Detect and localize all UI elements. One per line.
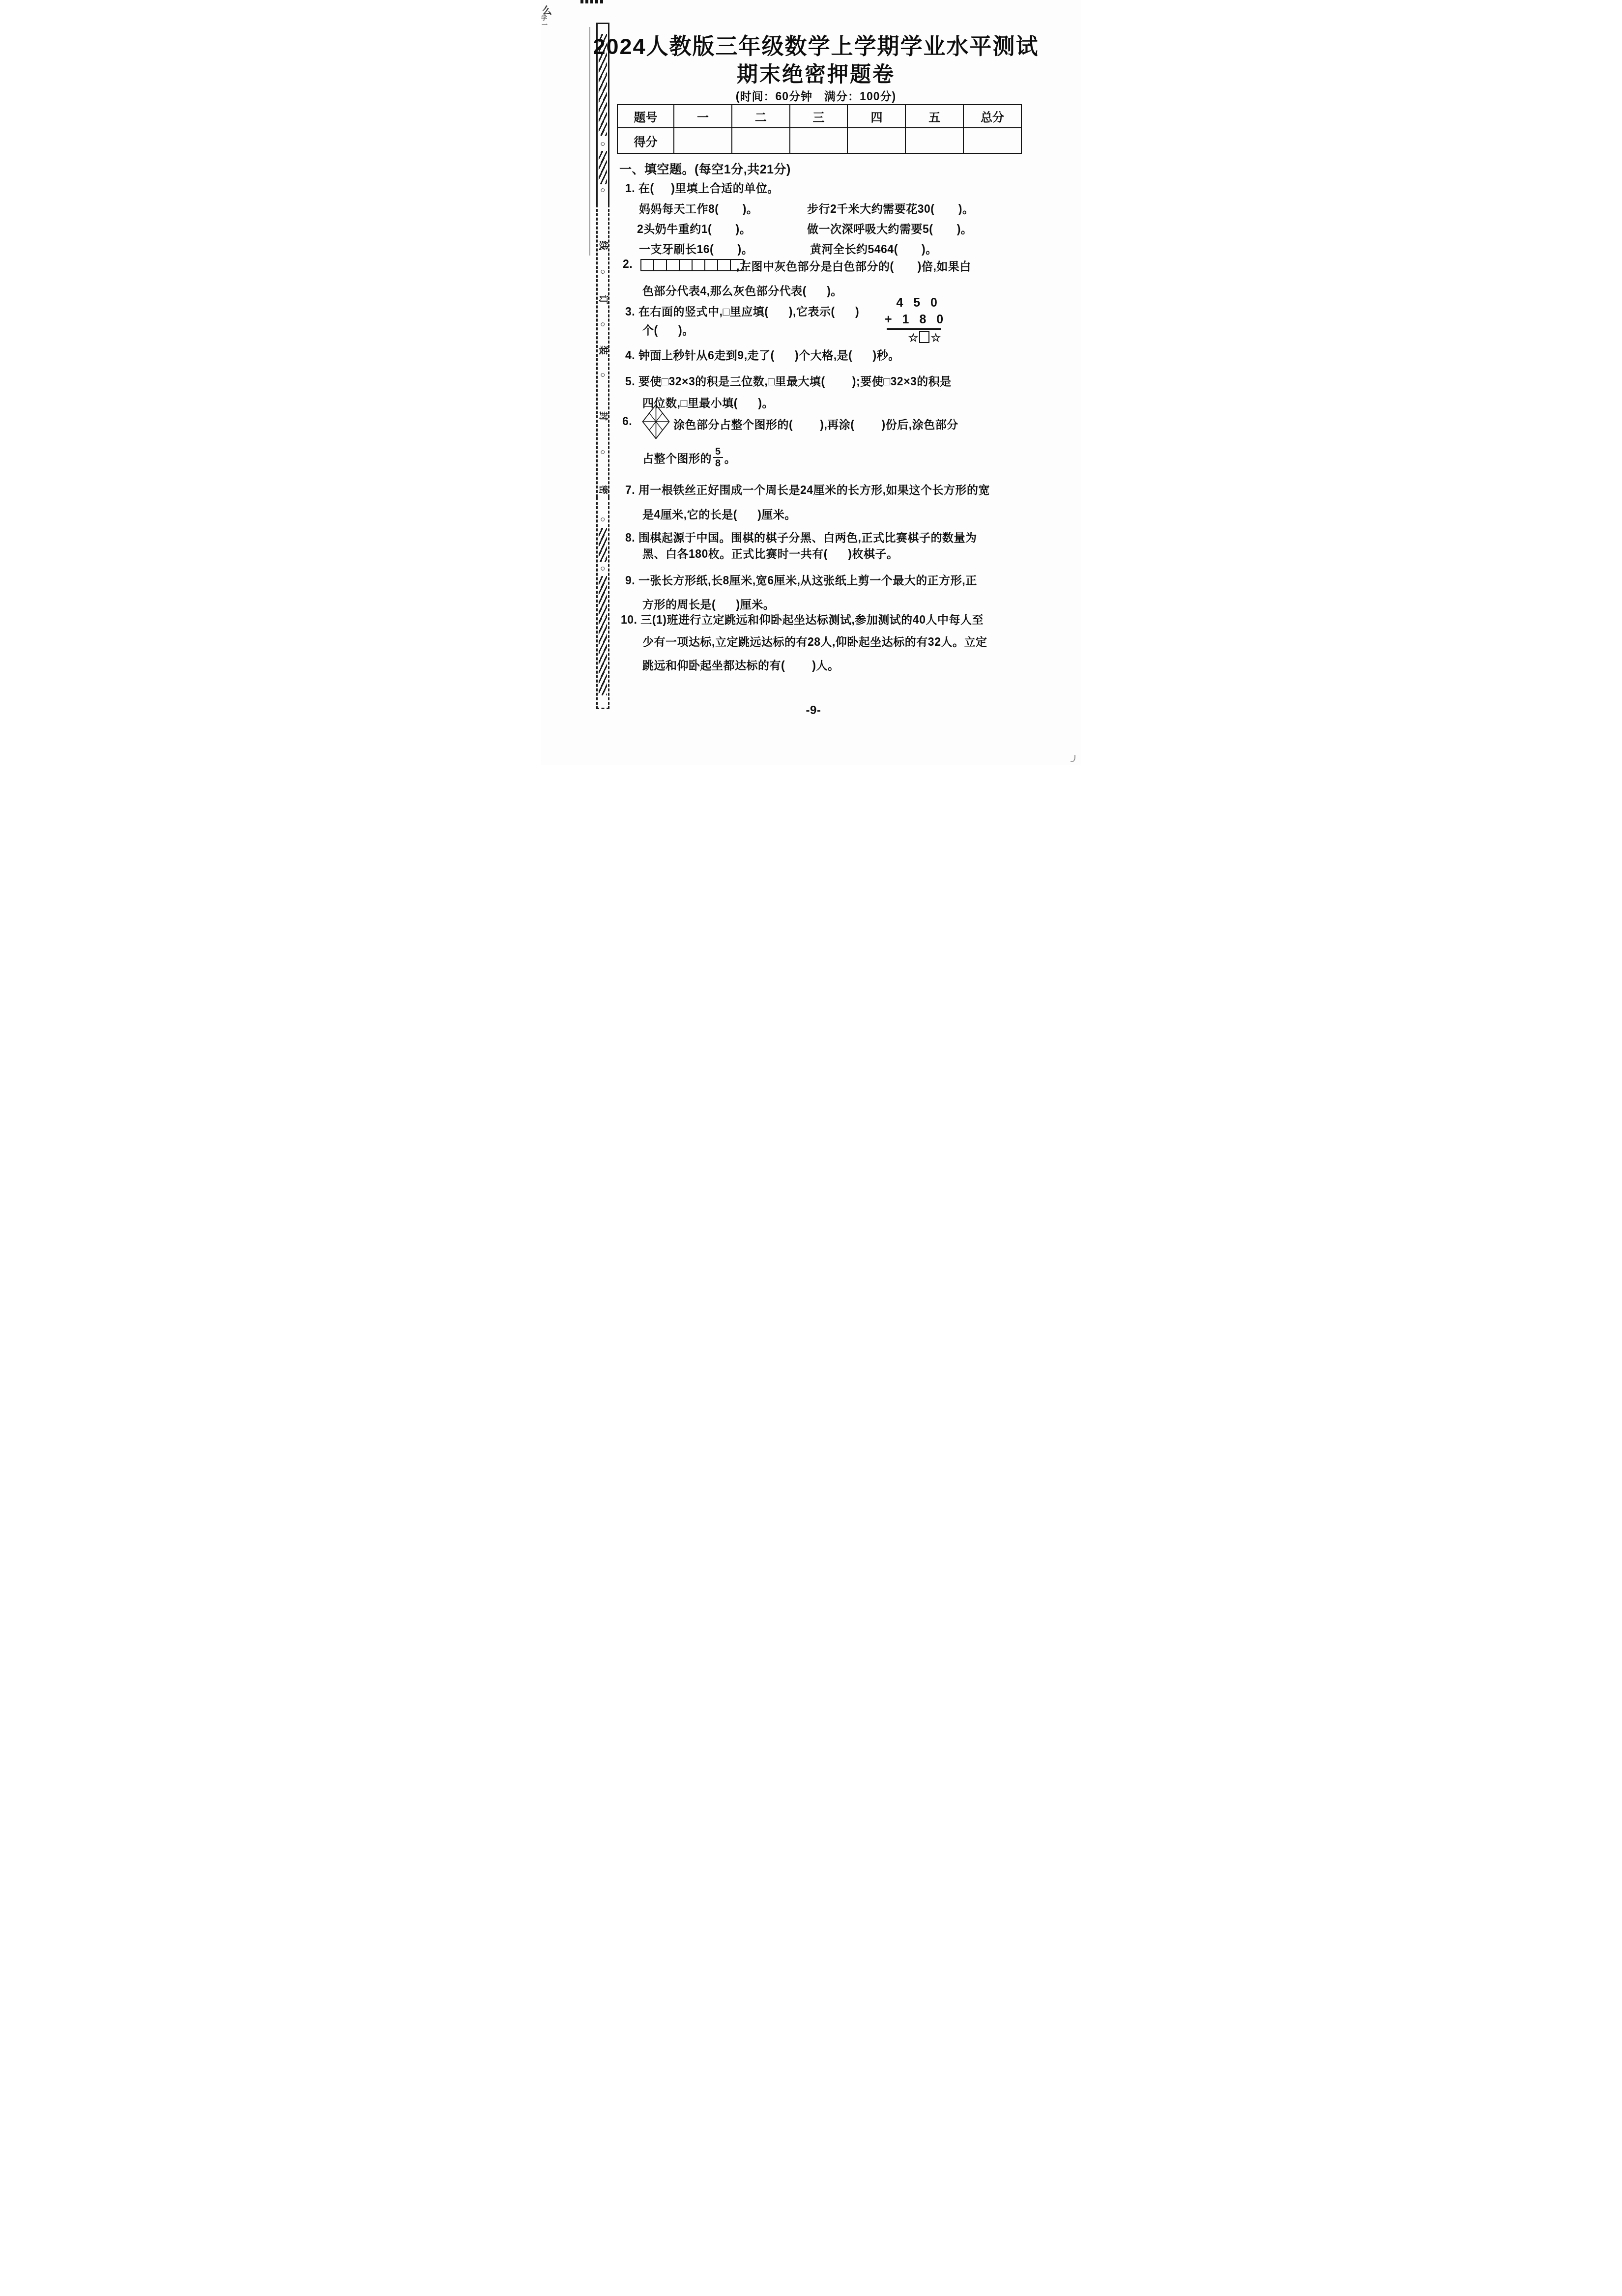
question-10-text: 少有一项达标,立定跳远达标的有28人,仰卧起坐达标的有32人。立定	[642, 633, 987, 649]
binding-circle: ○	[598, 140, 608, 148]
binding-strip-middle: 线 ○ 订 ○ 装 ○ 封 ○ 密	[596, 204, 609, 497]
score-table-cell: 题号	[617, 105, 674, 128]
scan-artifact-left-mark: 一	[542, 21, 548, 29]
score-blank-cell	[790, 128, 848, 153]
fraction-5-8: 5 8	[713, 446, 723, 469]
star-icon: ☆	[930, 331, 941, 344]
score-blank-cell	[674, 128, 732, 153]
question-2-text: ,左图中灰色部分是白色部分的( )倍,如果白	[736, 258, 971, 274]
question-7-text: 是4厘米,它的长是( )厘米。	[642, 506, 796, 522]
score-blank-cell	[847, 128, 905, 153]
score-table-cell: 得分	[617, 128, 674, 153]
binding-char: 封	[598, 411, 608, 421]
question-6-number: 6.	[622, 415, 632, 428]
question-10-text: 10. 三(1)班进行立定跳远和仰卧起坐达标测试,参加测试的40人中每人至	[621, 611, 984, 627]
question-6-text: 涂色部分占整个图形的( ),再涂( )份后,涂色部分	[673, 416, 958, 432]
binding-circle: ○	[598, 320, 608, 328]
question-1-stem: 1. 在( )里填上合适的单位。	[625, 179, 779, 196]
score-blank-cell	[732, 128, 790, 153]
addition-result-row: ☆☆	[885, 331, 941, 344]
strip-cell	[692, 259, 705, 271]
binding-hatch	[599, 528, 607, 562]
exam-paper-page: 么 学 一 ○ ○ 线 ○ 订 ○ 装 ○ 封 ○ 密 ○ ○ 2024人教版三…	[541, 0, 1081, 765]
question-4-text: 4. 钟面上秒针从6走到9,走了( )个大格,是( )秒。	[625, 346, 900, 363]
question-2-text: 色部分代表4,那么灰色部分代表( )。	[642, 282, 842, 298]
score-table-cell: 二	[732, 105, 790, 128]
question-1-item: 妈妈每天工作8( )。	[639, 200, 758, 216]
question-6-diamond-figure	[642, 404, 670, 439]
addend-row: 4 5 0	[885, 294, 941, 311]
page-title: 2024人教版三年级数学上学期学业水平测试	[580, 29, 1052, 60]
score-blank-cell	[963, 128, 1021, 153]
binding-circle: ○	[598, 186, 608, 194]
strip-cell	[653, 259, 667, 271]
score-table: 题号 一 二 三 四 五 总分 得分	[617, 104, 1022, 154]
addition-rule	[887, 328, 941, 330]
binding-char: 密	[598, 485, 608, 495]
question-1-item: 2头奶牛重约1( )。	[637, 220, 751, 236]
star-icon: ☆	[908, 331, 919, 344]
question-6-frac-suffix: 。	[724, 450, 736, 466]
question-5-text: 5. 要使□32×3的积是三位数,□里最大填( );要使□32×3的积是	[625, 373, 952, 389]
page-number: -9-	[786, 704, 840, 717]
question-8-text: 黑、白各180枚。正式比赛时一共有( )枚棋子。	[642, 545, 898, 561]
answer-box	[919, 331, 929, 343]
fraction-denominator: 8	[713, 457, 723, 469]
score-table-cell: 总分	[963, 105, 1021, 128]
question-10-text: 跳远和仰卧起坐都达标的有( )人。	[642, 657, 839, 673]
strip-cell	[640, 259, 654, 271]
score-table-cell: 三	[790, 105, 848, 128]
score-blank-cell	[905, 128, 963, 153]
page-subtitle-line: 期末绝密押题卷	[580, 58, 1052, 88]
question-3-vertical-addition: 4 5 0 + 1 8 0 ☆☆	[885, 294, 941, 344]
binding-char: 装	[598, 345, 608, 355]
binding-circle: ○	[598, 448, 608, 456]
question-6-frac-prefix: 占整个图形的	[642, 450, 712, 466]
score-table-cell: 一	[674, 105, 732, 128]
fraction-numerator: 5	[713, 446, 723, 457]
binding-circle: ○	[598, 564, 608, 573]
binding-circle: ○	[598, 267, 608, 276]
strip-cell	[704, 259, 718, 271]
strip-cell	[666, 259, 680, 271]
section1-heading: 一、填空题。(每空1分,共21分)	[619, 160, 791, 177]
score-table-cell: 四	[847, 105, 905, 128]
binding-hatch	[599, 151, 607, 184]
strip-cell	[717, 259, 731, 271]
question-1-item: 做一次深呼吸大约需要5( )。	[807, 220, 972, 236]
question-2-number: 2.	[623, 258, 633, 271]
question-1-item: 黄河全长约5464( )。	[810, 240, 937, 257]
question-9-text: 方形的周长是( )厘米。	[642, 596, 775, 612]
binding-char: 订	[598, 294, 608, 305]
strip-cell	[679, 259, 693, 271]
score-table-header-row: 题号 一 二 三 四 五 总分	[617, 105, 1021, 128]
score-table-cell: 五	[905, 105, 963, 128]
question-1-item: 一支牙刷长16( )。	[639, 240, 753, 257]
addend-row: + 1 8 0	[885, 311, 941, 328]
scan-artifact-top-stamp	[580, 0, 603, 3]
question-2-strip-figure	[641, 259, 744, 270]
binding-circle: ○	[598, 515, 608, 523]
binding-char: 线	[598, 240, 608, 251]
binding-strip-bottom: ○ ○	[596, 497, 609, 709]
question-3-text: 个( )。	[642, 321, 694, 338]
exam-time-score-note: (时间：60分钟 满分：100分)	[580, 87, 1052, 104]
binding-hatch	[599, 576, 607, 695]
question-1-item: 步行2千米大约需要花30( )。	[807, 200, 974, 216]
question-9-text: 9. 一张长方形纸,长8厘米,宽6厘米,从这张纸上剪一个最大的正方形,正	[625, 572, 977, 588]
score-table-score-row: 得分	[617, 128, 1021, 153]
scan-artifact-corner	[1071, 755, 1075, 762]
question-3-text: 3. 在右面的竖式中,□里应填( ),它表示( )	[625, 303, 859, 319]
question-6-text: 占整个图形的 5 8 。	[642, 444, 736, 471]
question-7-text: 7. 用一根铁丝正好围成一个周长是24厘米的长方形,如果这个长方形的宽	[625, 481, 990, 497]
question-8-text: 8. 围棋起源于中国。围棋的棋子分黑、白两色,正式比赛棋子的数量为	[625, 529, 977, 545]
binding-circle: ○	[598, 371, 608, 379]
